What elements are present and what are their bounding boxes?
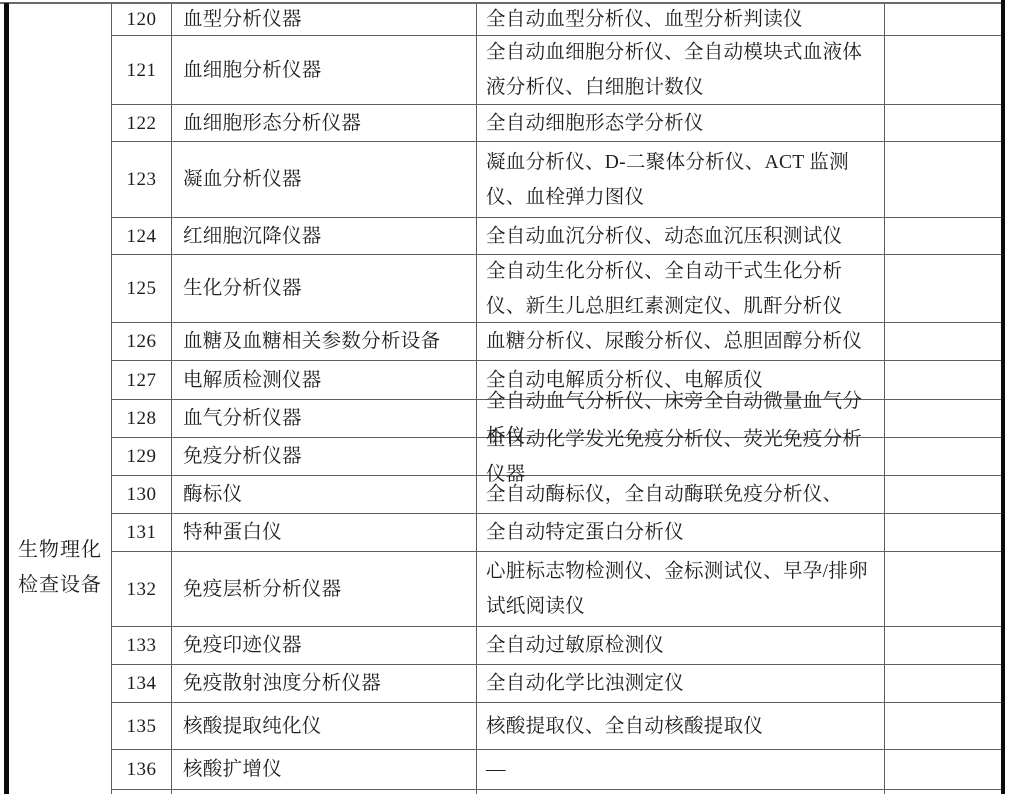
- device-category-cell: 免疫印迹仪器: [172, 627, 477, 665]
- device-examples-cell: 全自动细胞形态学分析仪: [477, 105, 885, 142]
- device-category-cell: 酶标仪: [172, 476, 477, 514]
- device-category-cell: 生化分析仪器: [172, 255, 477, 323]
- device-category-cell: 红细胞沉降仪器: [172, 218, 477, 255]
- remark-empty-cell: [885, 438, 1001, 476]
- row-number-cell: 123: [112, 142, 172, 218]
- row-number-cell: 135: [112, 703, 172, 750]
- device-examples-cell: 全自动酶标仪，全自动酶联免疫分析仪、: [477, 476, 885, 514]
- device-examples-cell: 核酸提取仪、全自动核酸提取仪: [477, 703, 885, 750]
- device-examples-cell: 全自动特定蛋白分析仪: [477, 514, 885, 552]
- remark-empty-cell: [885, 665, 1001, 703]
- row-number-cell: 136: [112, 750, 172, 790]
- device-examples-cell: 全自动血沉分析仪、动态血沉压积测试仪: [477, 218, 885, 255]
- partial-row-cell: [172, 790, 477, 794]
- remark-empty-cell: [885, 4, 1001, 36]
- category-merged-cell: 生物理化 检查设备: [9, 4, 112, 794]
- device-examples-cell: 全自动血细胞分析仪、全自动模块式血液体液分析仪、白细胞计数仪: [477, 36, 885, 105]
- device-examples-cell: 心脏标志物检测仪、金标测试仪、早孕/排卵试纸阅读仪: [477, 552, 885, 627]
- remark-empty-cell: [885, 703, 1001, 750]
- remark-empty-cell: [885, 323, 1001, 361]
- device-category-cell: 凝血分析仪器: [172, 142, 477, 218]
- row-number-cell: 129: [112, 438, 172, 476]
- row-number-cell: 125: [112, 255, 172, 323]
- remark-empty-cell: [885, 36, 1001, 105]
- partial-row-cell: [885, 790, 1001, 794]
- device-category-cell: 核酸提取纯化仪: [172, 703, 477, 750]
- remark-empty-cell: [885, 255, 1001, 323]
- device-examples-cell: 凝血分析仪、D-二聚体分析仪、ACT 监测仪、血栓弹力图仪: [477, 142, 885, 218]
- device-category-cell: 核酸扩增仪: [172, 750, 477, 790]
- category-label-line1: 生物理化: [18, 533, 102, 568]
- device-examples-cell: 血糖分析仪、尿酸分析仪、总胆固醇分析仪: [477, 323, 885, 361]
- device-category-cell: 血糖及血糖相关参数分析设备: [172, 323, 477, 361]
- remark-empty-cell: [885, 105, 1001, 142]
- remark-empty-cell: [885, 552, 1001, 627]
- device-examples-cell: 全自动血型分析仪、血型分析判读仪: [477, 4, 885, 36]
- device-examples-cell: 全自动过敏原检测仪: [477, 627, 885, 665]
- partial-row-cell: [477, 790, 885, 794]
- row-number-cell: 132: [112, 552, 172, 627]
- row-number-cell: 127: [112, 361, 172, 400]
- remark-empty-cell: [885, 514, 1001, 552]
- scanned-document-page: 生物理化 检查设备 120 血型分析仪器 全自动血型分析仪、血型分析判读仪 12…: [0, 0, 1011, 794]
- device-category-cell: 血细胞形态分析仪器: [172, 105, 477, 142]
- table-outer-right-border: [1001, 0, 1005, 794]
- device-category-cell: 血气分析仪器: [172, 400, 477, 438]
- row-number-cell: 134: [112, 665, 172, 703]
- remark-empty-cell: [885, 361, 1001, 400]
- device-examples-cell: —: [477, 750, 885, 790]
- device-examples-cell: 全自动化学发光免疫分析仪、荧光免疫分析仪器: [477, 438, 885, 476]
- remark-empty-cell: [885, 476, 1001, 514]
- row-number-cell: 130: [112, 476, 172, 514]
- row-number-cell: 128: [112, 400, 172, 438]
- row-number-cell: 133: [112, 627, 172, 665]
- device-category-cell: 血型分析仪器: [172, 4, 477, 36]
- device-category-cell: 血细胞分析仪器: [172, 36, 477, 105]
- partial-row-cell: [112, 790, 172, 794]
- remark-empty-cell: [885, 627, 1001, 665]
- row-number-cell: 121: [112, 36, 172, 105]
- device-examples-cell: 全自动化学比浊测定仪: [477, 665, 885, 703]
- device-examples-cell: 全自动生化分析仪、全自动干式生化分析仪、新生儿总胆红素测定仪、肌酐分析仪: [477, 255, 885, 323]
- row-number-cell: 124: [112, 218, 172, 255]
- row-number-cell: 126: [112, 323, 172, 361]
- device-category-cell: 特种蛋白仪: [172, 514, 477, 552]
- device-category-cell: 免疫层析分析仪器: [172, 552, 477, 627]
- remark-empty-cell: [885, 750, 1001, 790]
- device-category-cell: 免疫散射浊度分析仪器: [172, 665, 477, 703]
- category-label-line2: 检查设备: [18, 568, 102, 603]
- device-category-cell: 免疫分析仪器: [172, 438, 477, 476]
- row-number-cell: 120: [112, 4, 172, 36]
- row-number-cell: 122: [112, 105, 172, 142]
- row-number-cell: 131: [112, 514, 172, 552]
- equipment-table: 生物理化 检查设备 120 血型分析仪器 全自动血型分析仪、血型分析判读仪 12…: [9, 4, 1001, 794]
- remark-empty-cell: [885, 218, 1001, 255]
- device-category-cell: 电解质检测仪器: [172, 361, 477, 400]
- remark-empty-cell: [885, 142, 1001, 218]
- remark-empty-cell: [885, 400, 1001, 438]
